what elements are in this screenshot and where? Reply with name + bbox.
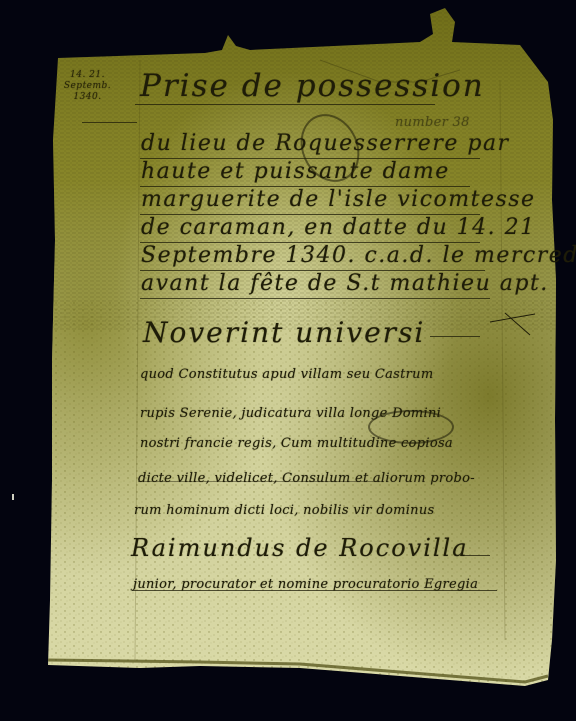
margin-date-note: 14. 21. Septemb. 1340. (60, 70, 115, 103)
faint-annotation: number 38 (395, 115, 470, 130)
margin-note-line-3: 1340. (60, 92, 115, 103)
heading-line-2: haute et puissante dame (141, 159, 450, 184)
latin-opening-flourish (430, 336, 480, 337)
latin-line-4-strike (138, 481, 383, 482)
heading-line-4: de caraman, en datte du 14. 21 (141, 215, 536, 240)
margin-underline (82, 122, 137, 123)
heading-line-3: marguerite de l'isle vicomtesse (141, 187, 536, 212)
margin-note-line-1: 14. 21. (60, 70, 115, 81)
latin-line-4: dicte ville, videlicet, Consulum et alio… (138, 471, 475, 486)
heading-line-5: Septembre 1340. c.a.d. le mercredi (141, 243, 576, 268)
closing-line-underline (132, 590, 497, 591)
heading-line-1: du lieu de Roquesserrere par (141, 131, 510, 156)
latin-line-5: rum hominum dicti loci, nobilis vir domi… (134, 503, 435, 518)
heading-line-6: avant la fête de S.t mathieu apt. (141, 271, 549, 296)
title-underline (135, 104, 435, 105)
parchment-sheet (0, 0, 576, 721)
latin-line-3: nostri francie regis, Cum multitudine co… (140, 436, 453, 451)
stray-pixel-mark (12, 494, 14, 500)
document-title: Prise de possession (140, 68, 485, 104)
heading-underline-6 (140, 298, 490, 299)
margin-note-line-2: Septemb. (60, 81, 115, 92)
latin-line-1: quod Constitutus apud villam seu Castrum (140, 367, 433, 382)
latin-name-line: Raimundus de Rocovilla (131, 534, 469, 562)
document-viewer: 14. 21. Septemb. 1340. Prise de possessi… (0, 0, 576, 721)
latin-opening: Noverint universi (143, 316, 425, 349)
name-line-flourish (460, 555, 490, 556)
